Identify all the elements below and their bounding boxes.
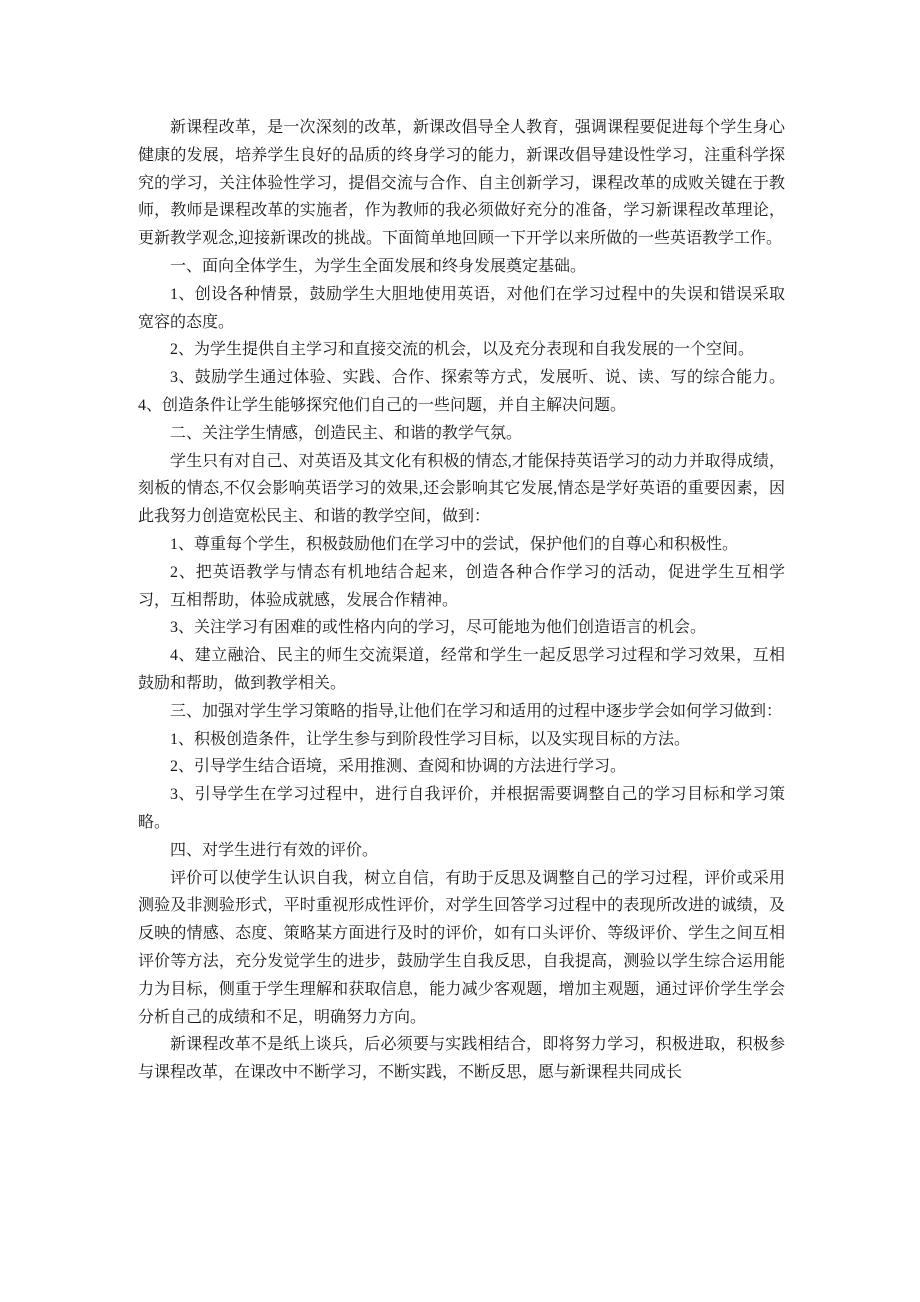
paragraph-section-2-intro: 学生只有对自己、对英语及其文化有积极的情态,才能保持英语学习的动力并取得成绩，刻… — [138, 448, 785, 531]
paragraph-item-2-1: 1、尊重每个学生，积极鼓励他们在学习中的尝试，保护他们的自尊心和积极性。 — [138, 531, 785, 559]
paragraph-item-3-2: 2、引导学生结合语境，采用推测、查阅和协调的方法进行学习。 — [138, 753, 785, 781]
paragraph-item-1-1: 1、创设各种情景，鼓励学生大胆地使用英语，对他们在学习过程中的失误和错误采取宽容… — [138, 281, 785, 337]
paragraph-item-2-3: 3、关注学习有困难的或性格内向的学习，尽可能地为他们创造语言的机会。 — [138, 614, 785, 642]
paragraph-heading-2: 二、关注学生情感，创造民主、和谐的教学气氛。 — [138, 420, 785, 448]
paragraph-intro: 新课程改革，是一次深刻的改革，新课改倡导全人教育，强调课程要促进每个学生身心健康… — [138, 114, 785, 253]
paragraph-item-3-1: 1、积极创造条件，让学生参与到阶段性学习目标，以及实现目标的方法。 — [138, 726, 785, 754]
paragraph-section-4-body: 评价可以使学生认识自我，树立自信，有助于反思及调整自己的学习过程，评价或采用测验… — [138, 865, 785, 1032]
paragraph-item-2-2: 2、把英语教学与情态有机地结合起来，创造各种合作学习的活动，促进学生互相学习，互… — [138, 559, 785, 615]
paragraph-heading-4: 四、对学生进行有效的评价。 — [138, 837, 785, 865]
paragraph-item-2-4: 4、建立融洽、民主的师生交流渠道，经常和学生一起反思学习过程和学习效果，互相鼓励… — [138, 642, 785, 698]
document-page: 新课程改革，是一次深刻的改革，新课改倡导全人教育，强调课程要促进每个学生身心健康… — [0, 0, 920, 1302]
paragraph-item-3-3: 3、引导学生在学习过程中，进行自我评价，并根据需要调整自己的学习目标和学习策略。 — [138, 781, 785, 837]
paragraph-closing: 新课程改革不是纸上谈兵，后必须要与实践相结合，即将努力学习，积极进取，积极参与课… — [138, 1031, 785, 1087]
paragraph-item-1-2: 2、为学生提供自主学习和直接交流的机会，以及充分表现和自我发展的一个空间。 — [138, 336, 785, 364]
paragraph-heading-1: 一、面向全体学生，为学生全面发展和终身发展奠定基础。 — [138, 253, 785, 281]
paragraph-heading-3: 三、加强对学生学习策略的指导,让他们在学习和适用的过程中逐步学会如何学习做到： — [138, 698, 785, 726]
paragraph-item-1-3-4: 3、鼓励学生通过体验、实践、合作、探索等方式，发展听、说、读、写的综合能力。4、… — [138, 364, 785, 420]
